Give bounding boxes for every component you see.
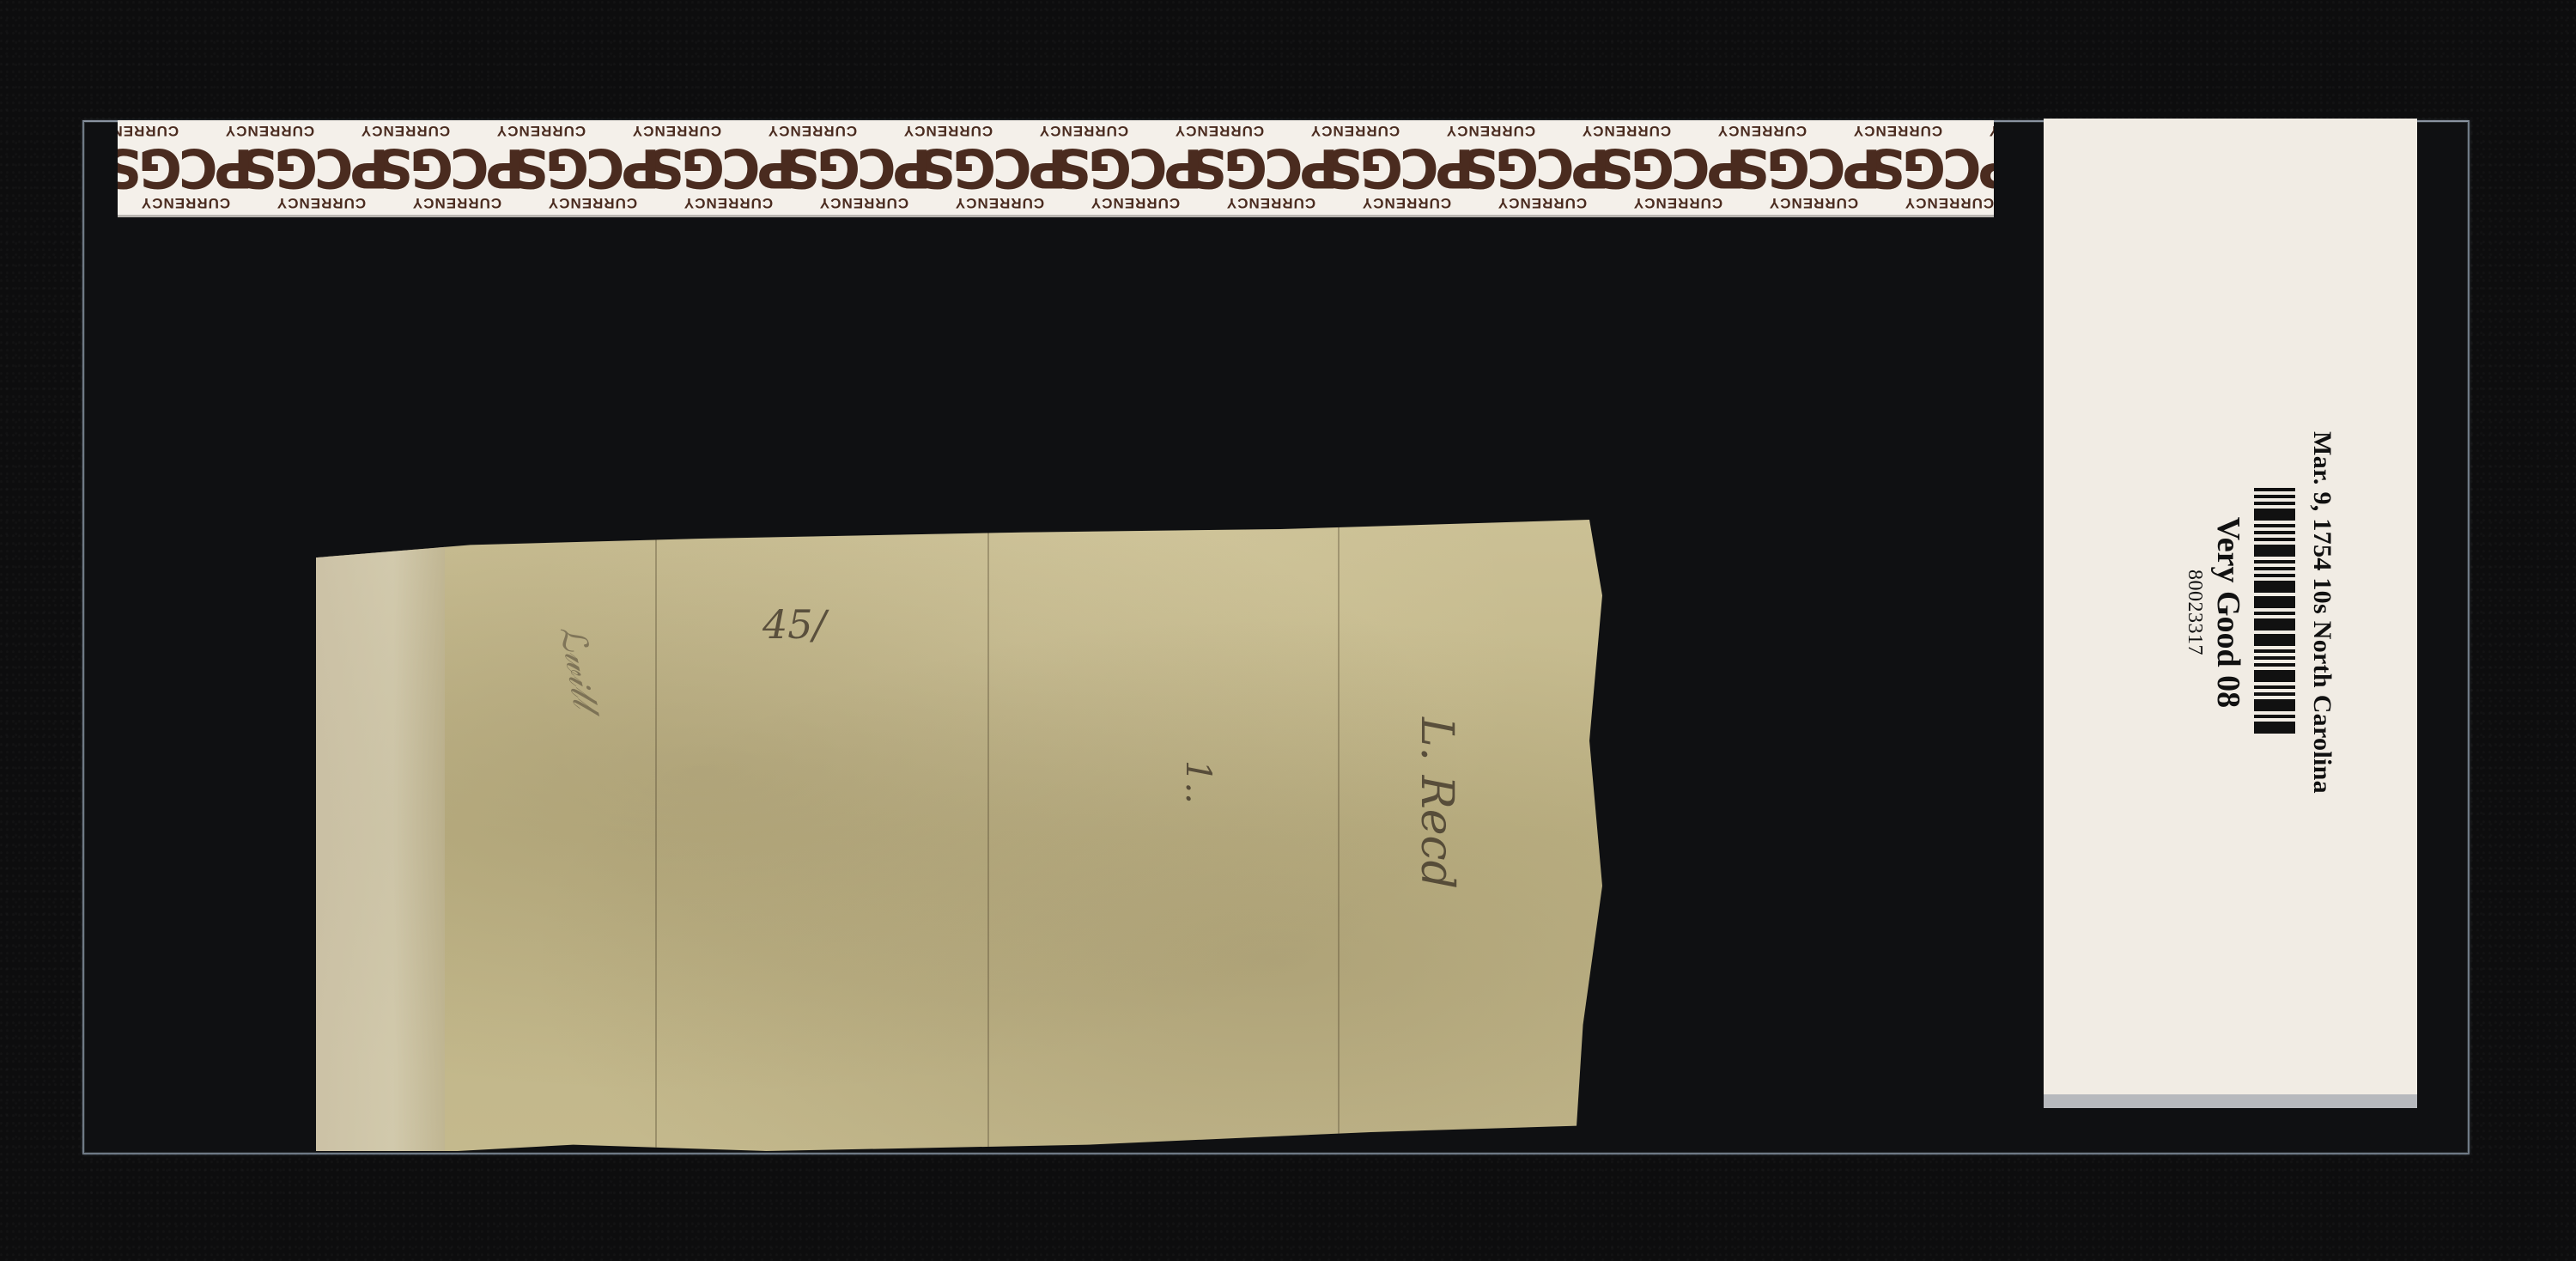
- cert-number: 80023317: [2183, 570, 2206, 655]
- handwriting-top: 45/: [762, 601, 826, 648]
- signature-scrawl: ℒ𝓌𝒾𝓁𝓁: [552, 623, 605, 710]
- handwriting-right: L. Recd: [1411, 717, 1462, 889]
- fold-line: [987, 520, 989, 1151]
- strip-currency-row-bottom: CURRENCYCURRENCYCURRENCYCURRENCYCURRENCY…: [118, 194, 1994, 211]
- barcode-icon: [2254, 488, 2295, 737]
- grade-text: Very Good 08: [2209, 517, 2247, 708]
- repair-tape: [316, 520, 445, 1151]
- note-title: Mar. 9, 1754 10s North Carolina: [2307, 431, 2336, 794]
- grading-label: Mar. 9, 1754 10s North Carolina Very Goo…: [2044, 119, 2417, 1108]
- handwriting-figures: 1..: [1178, 760, 1218, 804]
- fold-line: [1338, 520, 1340, 1151]
- label-bottom-band: [2044, 1094, 2417, 1108]
- pcgs-currency-strip: CURRENCYCURRENCYCURRENCYCURRENCYCURRENCY…: [118, 120, 1994, 217]
- fold-line: [655, 520, 657, 1151]
- banknote: 45/ L. Recd 1.. ℒ𝓌𝒾𝓁𝓁: [316, 520, 1602, 1151]
- strip-pcgs-logo-row: PCGSPCGSPCGSPCGSPCGSPCGSPCGSPCGSPCGSPCGS…: [118, 141, 1994, 194]
- label-content: Mar. 9, 1754 10s North Carolina Very Goo…: [2118, 183, 2342, 1042]
